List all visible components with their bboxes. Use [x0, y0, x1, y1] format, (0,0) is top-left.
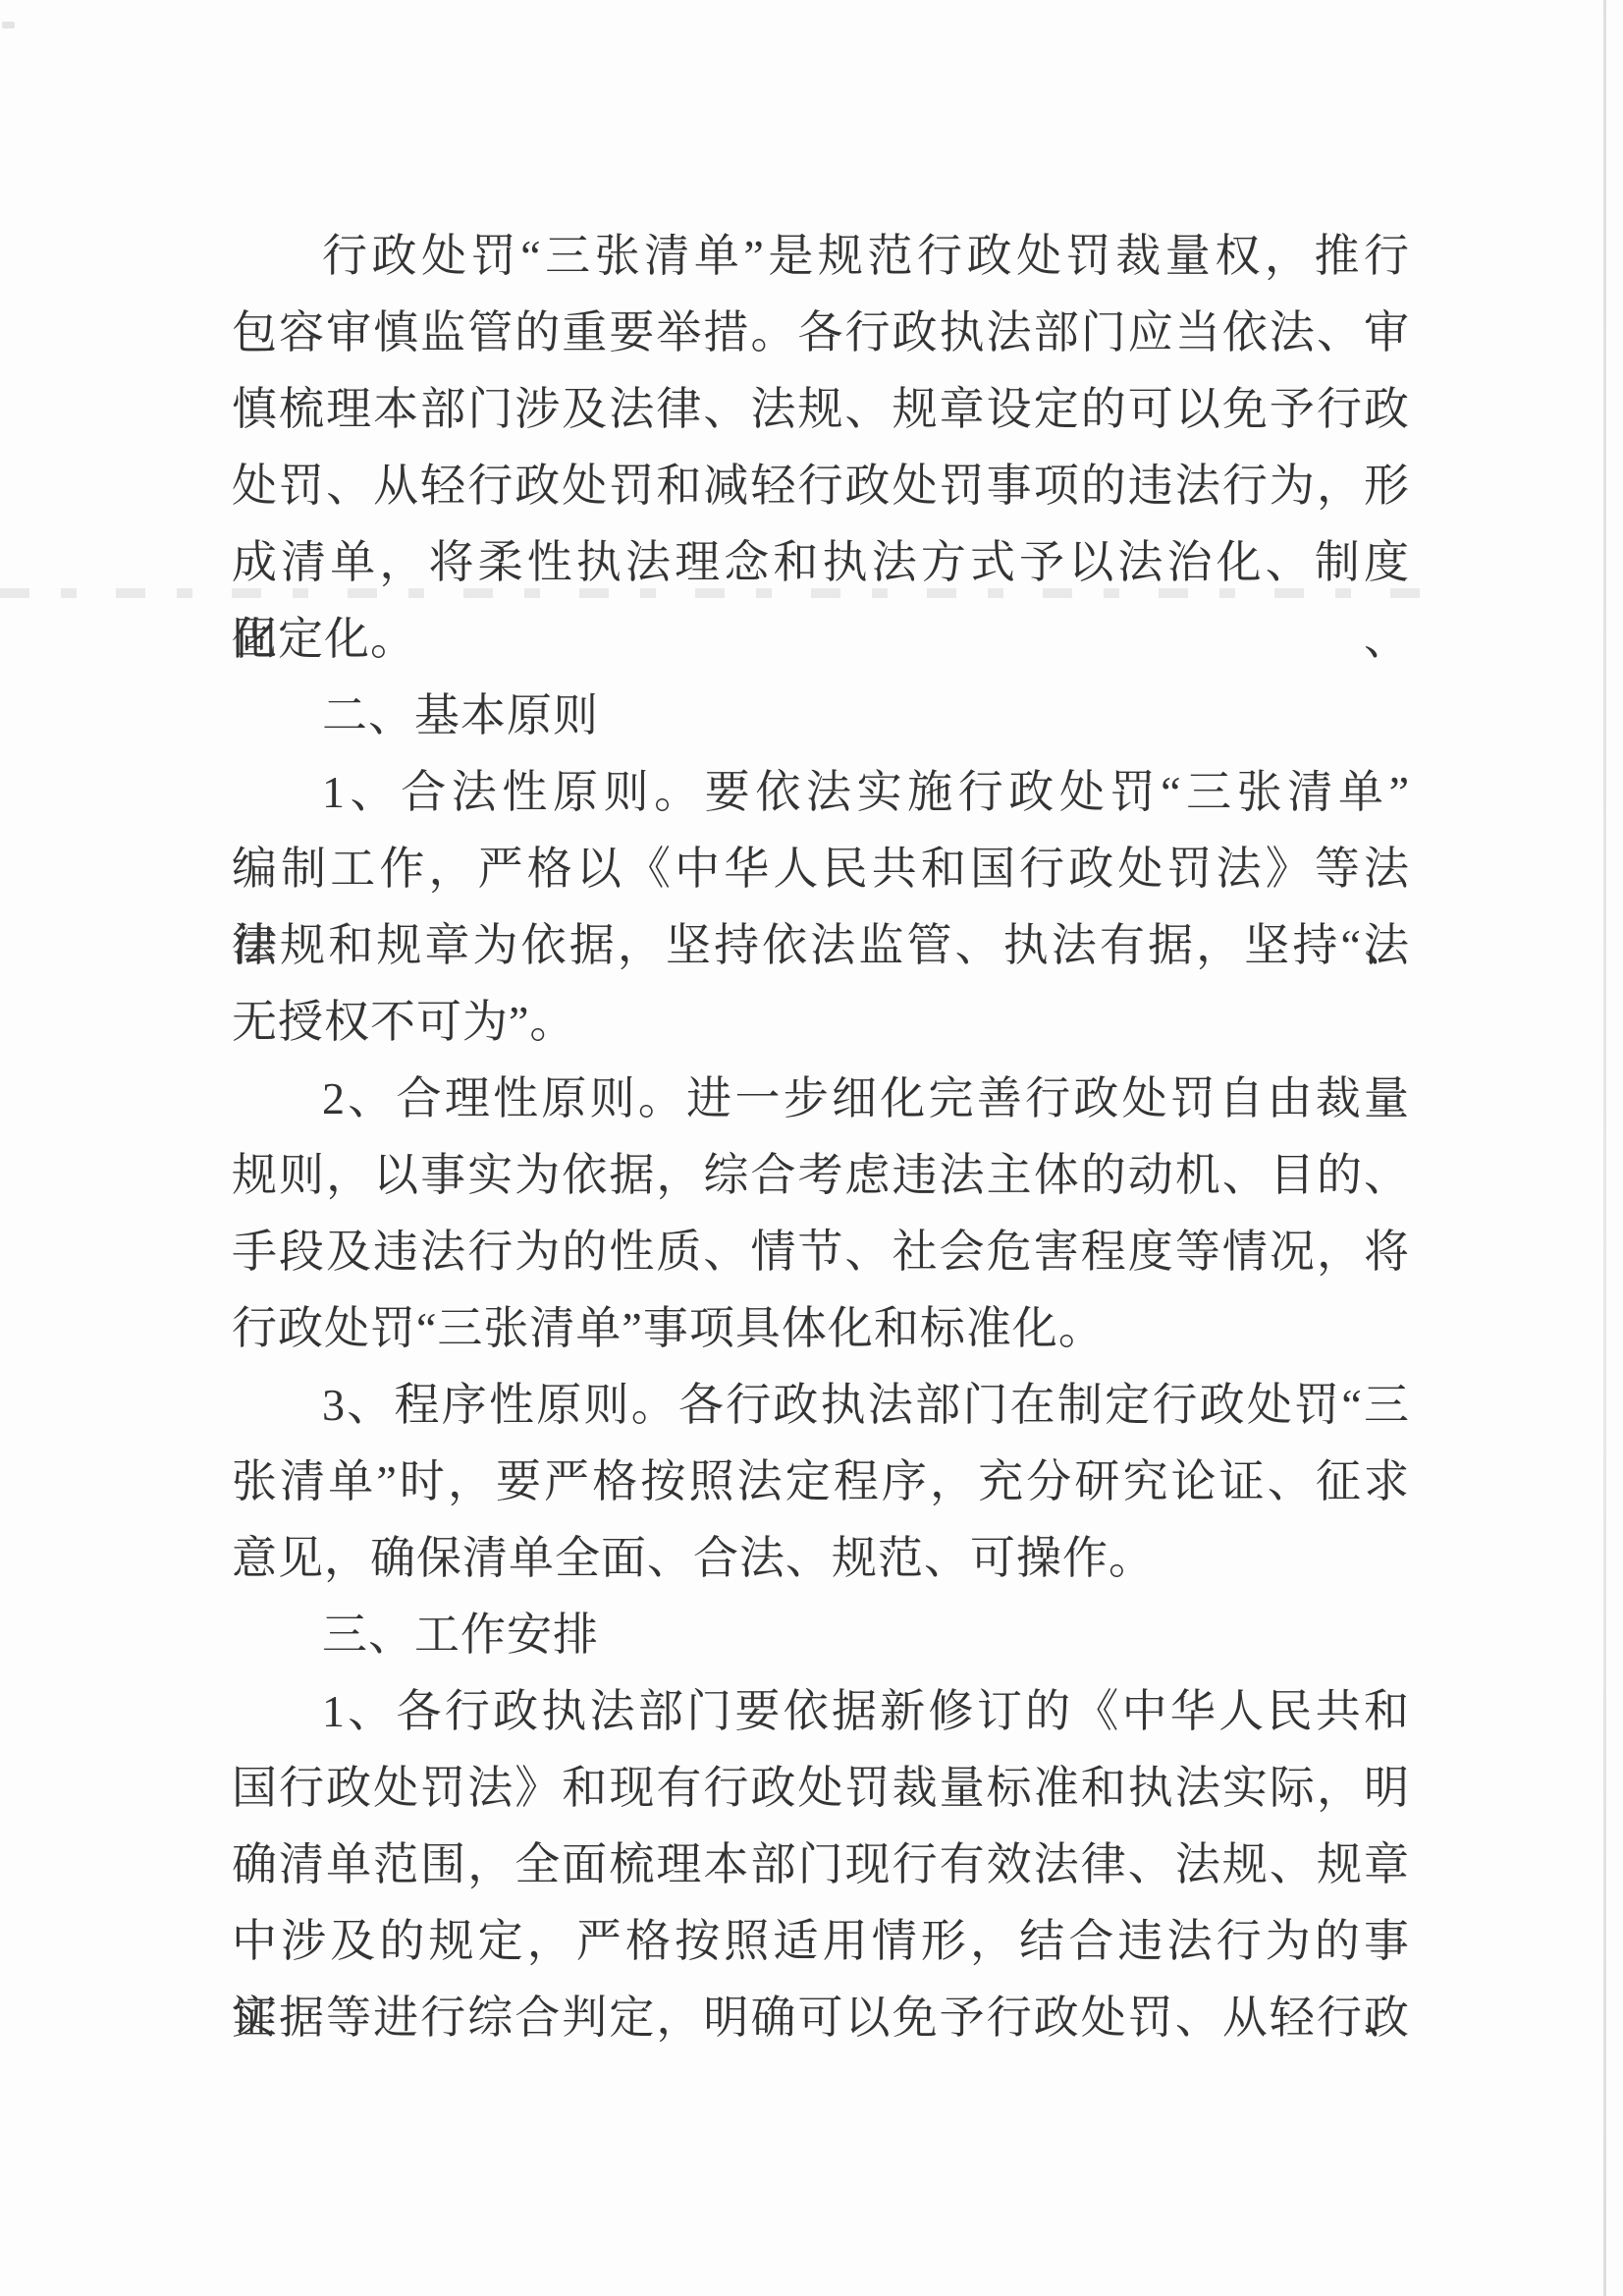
text-line: 编制工作，严格以《中华人民共和国行政处罚法》等法律、: [232, 831, 1410, 907]
text-line: 国行政处罚法》和现有行政处罚裁量标准和执法实际，明: [232, 1750, 1410, 1827]
text-line: 二、基本原则: [232, 678, 1410, 754]
text-line: 规则，以事实为依据，综合考虑违法主体的动机、目的、: [232, 1137, 1410, 1214]
text-line: 手段及违法行为的性质、情节、社会危害程度等情况，将: [232, 1214, 1410, 1290]
text-line: 处罚、从轻行政处罚和减轻行政处罚事项的违法行为，形: [232, 448, 1410, 524]
text-line: 行政处罚“三张清单”事项具体化和标准化。: [232, 1290, 1410, 1367]
text-line: 无授权不可为”。: [232, 984, 1410, 1061]
text-line: 行政处罚“三张清单”是规范行政处罚裁量权，推行: [232, 218, 1410, 295]
text-line: 三、工作安排: [232, 1597, 1410, 1673]
scanned-document-page: 行政处罚“三张清单”是规范行政处罚裁量权，推行包容审慎监管的重要举措。各行政执法…: [0, 0, 1623, 2296]
text-line: 2、合理性原则。进一步细化完善行政处罚自由裁量: [232, 1061, 1410, 1137]
document-text-block: 行政处罚“三张清单”是规范行政处罚裁量权，推行包容审慎监管的重要举措。各行政执法…: [232, 218, 1410, 2056]
text-line: 包容审慎监管的重要举措。各行政执法部门应当依法、审: [232, 295, 1410, 371]
text-line: 3、程序性原则。各行政执法部门在制定行政处罚“三: [232, 1367, 1410, 1444]
text-line: 1、各行政执法部门要依据新修订的《中华人民共和: [232, 1673, 1410, 1750]
text-line: 证据等进行综合判定，明确可以免予行政处罚、从轻行政: [232, 1980, 1410, 2056]
text-line: 意见，确保清单全面、合法、规范、可操作。: [232, 1520, 1410, 1597]
scan-edge-line: [1603, 0, 1606, 2296]
text-line: 张清单”时，要严格按照法定程序，充分研究论证、征求: [232, 1444, 1410, 1520]
text-line: 慎梳理本部门涉及法律、法规、规章设定的可以免予行政: [232, 371, 1410, 448]
scan-artifact-band: [0, 588, 1451, 598]
text-line: 法规和规章为依据，坚持依法监管、执法有据，坚持“法: [232, 907, 1410, 984]
text-line: 中涉及的规定，严格按照适用情形，结合违法行为的事实、: [232, 1903, 1410, 1980]
text-line: 1、合法性原则。要依法实施行政处罚“三张清单”: [232, 754, 1410, 831]
scan-speck: [2, 22, 15, 28]
text-line: 确清单范围，全面梳理本部门现行有效法律、法规、规章: [232, 1827, 1410, 1903]
